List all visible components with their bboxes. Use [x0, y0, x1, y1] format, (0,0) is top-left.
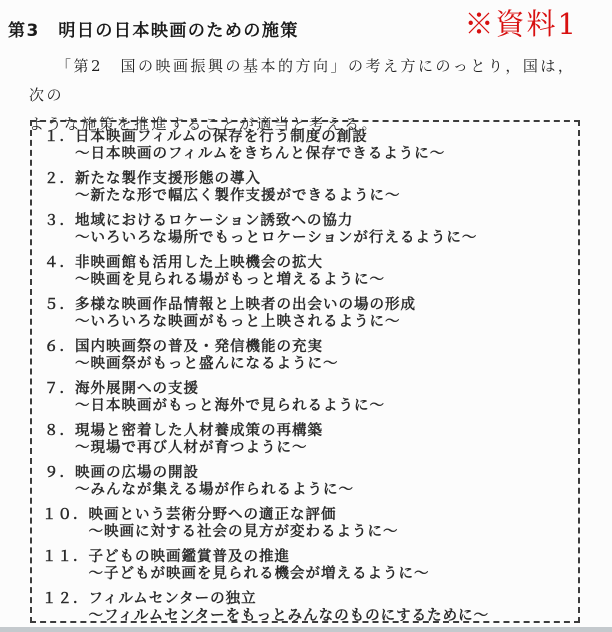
measure-content: 非映画館も活用した上映機会の拡大 ～映画を見られる場がもっと増えるように～ [75, 255, 572, 289]
measure-item: １２． フィルムセンターの独立 ～フィルムセンターをもっとみんなのものにするため… [42, 591, 572, 623]
measure-title: 海外展開への支援 [75, 381, 572, 398]
measure-item: ６． 国内映画祭の普及・発信機能の充実 ～映画祭がもっと盛んになるように～ [42, 339, 572, 373]
measure-title: 子どもの映画鑑賞普及の推進 [89, 549, 573, 566]
measure-content: 現場と密着した人材養成策の再構築 ～現場で再び人材が育つように～ [75, 423, 572, 457]
scan-edge-strip [0, 627, 612, 632]
measure-content: 海外展開への支援 ～日本映画がもっと海外で見られるように～ [75, 381, 572, 415]
measure-item: ３． 地域におけるロケーション誘致への協力 ～いろいろな場所でもっとロケーション… [42, 213, 572, 247]
measures-list: １． 日本映画フィルムの保存を行う制度の創設 ～日本映画のフィルムをきちんと保存… [30, 120, 580, 623]
measure-item: ８． 現場と密着した人材養成策の再構築 ～現場で再び人材が育つように～ [42, 423, 572, 457]
measure-item: ２． 新たな製作支援形態の導入 ～新たな形で幅広く製作支援ができるように～ [42, 171, 572, 205]
measure-number: ８． [42, 423, 75, 440]
measure-title: 日本映画フィルムの保存を行う制度の創設 [75, 129, 572, 146]
measure-content: 新たな製作支援形態の導入 ～新たな形で幅広く製作支援ができるように～ [75, 171, 572, 205]
measure-subtitle: ～日本映画のフィルムをきちんと保存できるように～ [75, 146, 572, 163]
measure-number: ２． [42, 171, 75, 188]
measure-number: ９． [42, 465, 75, 482]
measure-subtitle: ～映画祭がもっと盛んになるように～ [75, 356, 572, 373]
measure-subtitle: ～フィルムセンターをもっとみんなのものにするために～ [89, 608, 573, 623]
measure-subtitle: ～いろいろな場所でもっとロケーションが行えるように～ [75, 230, 572, 247]
measure-subtitle: ～みんなが集える場が作られるように～ [75, 482, 572, 499]
measure-content: 映画の広場の開設 ～みんなが集える場が作られるように～ [75, 465, 572, 499]
reference-label: ※資料1 [465, 2, 578, 43]
document-page: 第3 明日の日本映画のための施策 ※資料1 「第2 国の映画振興の基本的方向」の… [0, 0, 612, 632]
intro-line-1: 「第2 国の映画振興の基本的方向」の考え方にのっとり，国は，次の [29, 57, 575, 104]
measure-title: フィルムセンターの独立 [89, 591, 573, 608]
measure-subtitle: ～子どもが映画を見られる機会が増えるように～ [89, 566, 573, 583]
measure-number: １． [42, 129, 75, 146]
measure-title: 多様な映画作品情報と上映者の出会いの場の形成 [75, 297, 572, 314]
measure-item: １１． 子どもの映画鑑賞普及の推進 ～子どもが映画を見られる機会が増えるように～ [42, 549, 572, 583]
measure-title: 現場と密着した人材養成策の再構築 [75, 423, 572, 440]
measure-item: ９． 映画の広場の開設 ～みんなが集える場が作られるように～ [42, 465, 572, 499]
measure-content: 日本映画フィルムの保存を行う制度の創設 ～日本映画のフィルムをきちんと保存できる… [75, 129, 572, 163]
measure-number: ３． [42, 213, 75, 230]
measure-subtitle: ～いろいろな映画がもっと上映されるように～ [75, 314, 572, 331]
measure-number: １２． [42, 591, 89, 608]
measure-content: 国内映画祭の普及・発信機能の充実 ～映画祭がもっと盛んになるように～ [75, 339, 572, 373]
measure-title: 映画という芸術分野への適正な評価 [89, 507, 573, 524]
measure-number: ６． [42, 339, 75, 356]
measure-item: １． 日本映画フィルムの保存を行う制度の創設 ～日本映画のフィルムをきちんと保存… [42, 129, 572, 163]
measure-item: ５． 多様な映画作品情報と上映者の出会いの場の形成 ～いろいろな映画がもっと上映… [42, 297, 572, 331]
page-title: 第3 明日の日本映画のための施策 [8, 16, 299, 41]
measure-title: 新たな製作支援形態の導入 [75, 171, 572, 188]
measure-item: ７． 海外展開への支援 ～日本映画がもっと海外で見られるように～ [42, 381, 572, 415]
measure-number: ４． [42, 255, 75, 272]
measure-number: ５． [42, 297, 75, 314]
measure-subtitle: ～映画に対する社会の見方が変わるように～ [89, 524, 573, 541]
measure-content: 映画という芸術分野への適正な評価 ～映画に対する社会の見方が変わるように～ [89, 507, 573, 541]
measure-title: 映画の広場の開設 [75, 465, 572, 482]
measure-subtitle: ～日本映画がもっと海外で見られるように～ [75, 398, 572, 415]
measure-title: 地域におけるロケーション誘致への協力 [75, 213, 572, 230]
measure-content: フィルムセンターの独立 ～フィルムセンターをもっとみんなのものにするために～ [89, 591, 573, 623]
measure-title: 国内映画祭の普及・発信機能の充実 [75, 339, 572, 356]
measure-title: 非映画館も活用した上映機会の拡大 [75, 255, 572, 272]
measure-number: ７． [42, 381, 75, 398]
measure-content: 地域におけるロケーション誘致への協力 ～いろいろな場所でもっとロケーションが行え… [75, 213, 572, 247]
measure-content: 多様な映画作品情報と上映者の出会いの場の形成 ～いろいろな映画がもっと上映される… [75, 297, 572, 331]
measure-subtitle: ～映画を見られる場がもっと増えるように～ [75, 272, 572, 289]
measure-number: １０． [42, 507, 89, 524]
measure-number: １１． [42, 549, 89, 566]
measure-subtitle: ～新たな形で幅広く製作支援ができるように～ [75, 188, 572, 205]
measure-item: ４． 非映画館も活用した上映機会の拡大 ～映画を見られる場がもっと増えるように～ [42, 255, 572, 289]
measure-content: 子どもの映画鑑賞普及の推進 ～子どもが映画を見られる機会が増えるように～ [89, 549, 573, 583]
measure-subtitle: ～現場で再び人材が育つように～ [75, 440, 572, 457]
measure-item: １０． 映画という芸術分野への適正な評価 ～映画に対する社会の見方が変わるように… [42, 507, 572, 541]
